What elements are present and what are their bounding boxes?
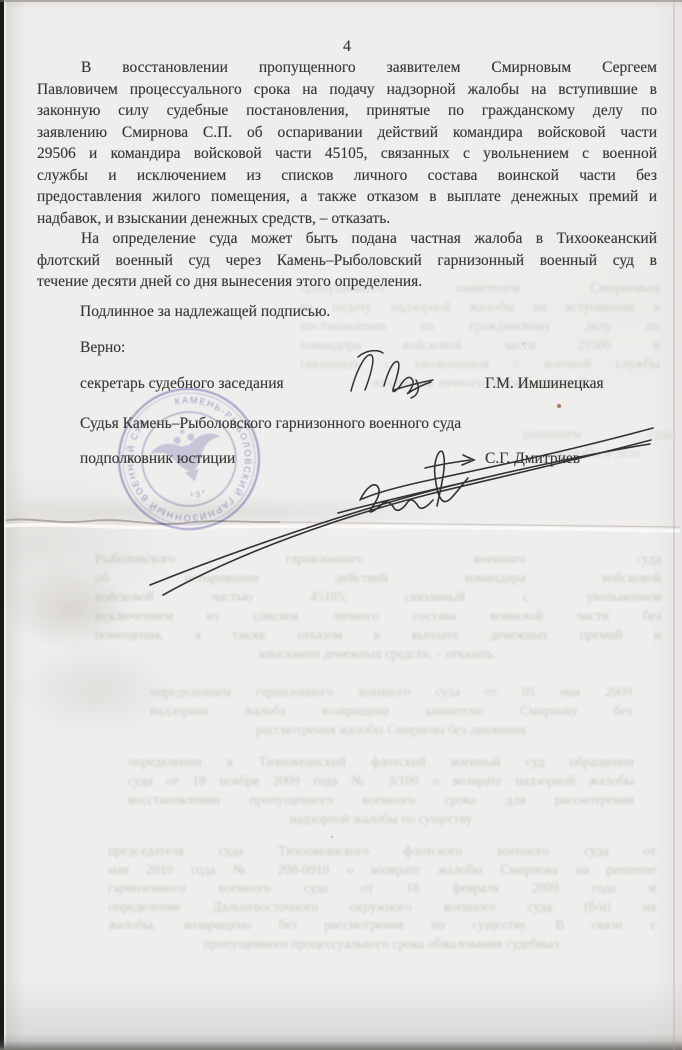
page-fold-right [673,0,675,1050]
judge-court-line: Судья Камень–Рыболовского гарнизонного в… [80,415,461,433]
secretary-name: Г.М. Имшинецкая [485,375,604,393]
scan-edge-top [0,0,682,2]
certified-label: Верно: [80,339,125,357]
secretary-title: секретарь судебного заседания [80,375,284,393]
paragraph-ruling: В восстановлении пропущенного заявителем… [37,57,657,229]
scan-edge-bottom [0,1034,682,1050]
authentic-signature-note: Подлинное за надлежащей подписью. [80,303,330,321]
page-number: 4 [37,38,657,56]
page-edge-highlight [4,0,7,1050]
scanned-court-document-page: пропущенного заявителем Смирновымна пода… [0,0,682,1050]
document-text: 4 В восстановлении пропущенного заявител… [0,0,682,1050]
judge-rank-label: подполковник юстиции [80,450,235,468]
paragraph-appeal-notice: На определение суда может быть подана ча… [37,228,657,293]
judge-name: С.Г. Дмитриев [485,450,580,468]
